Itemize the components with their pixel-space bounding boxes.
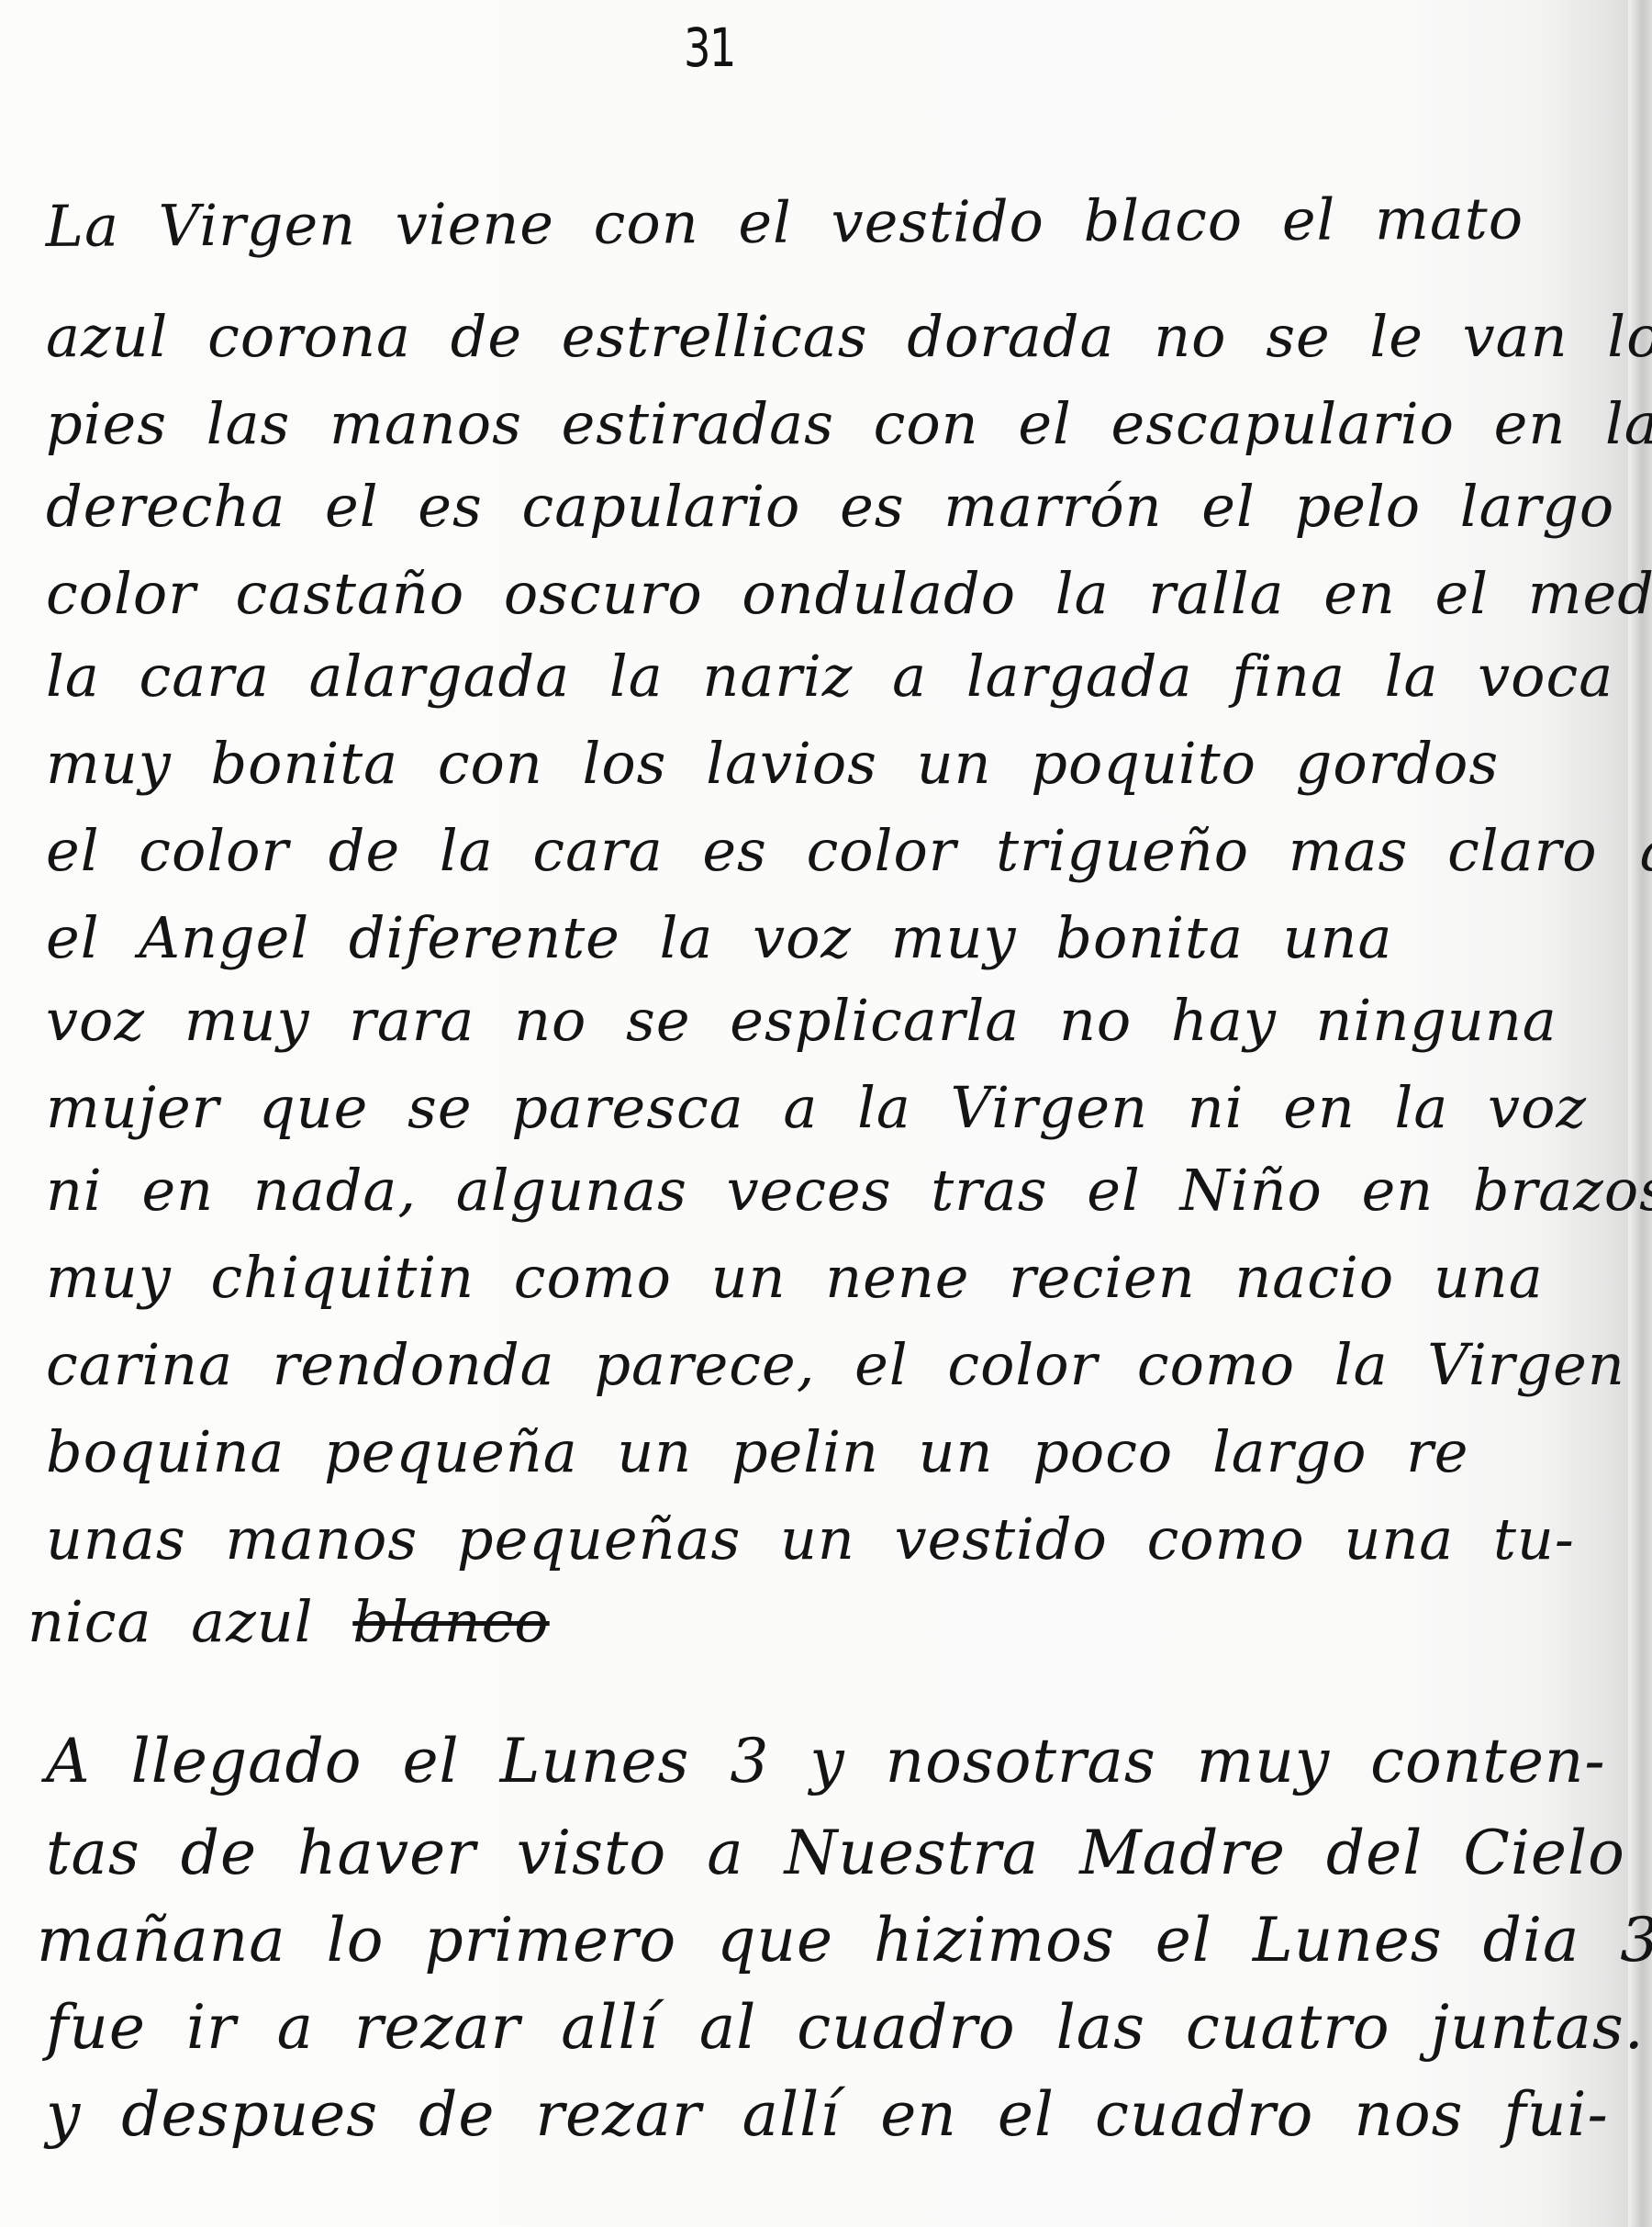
text-line: tas de haver visto a Nuestra Madre del C… — [46, 1818, 1624, 1888]
text-line: derecha el es capulario es marrón el pel… — [46, 473, 1624, 540]
text-line: ni en nada, algunas veces tras el Niño e… — [46, 1157, 1624, 1224]
text-line: unas manos pequeñas un vestido como una … — [46, 1505, 1624, 1572]
text-line: La Virgen viene con el vestido blaco el … — [46, 185, 1624, 260]
text-line: muy bonita con los lavios un poquito gor… — [46, 730, 1624, 797]
text-line: el color de la cara es color trigueño ma… — [46, 817, 1624, 884]
text-line: boquina pequeña un pelin un poco largo r… — [46, 1418, 1624, 1485]
text-line: muy chiquitin como un nene recien nacio … — [46, 1244, 1624, 1311]
line-text: nica azul — [28, 1588, 314, 1655]
text-line: pies las manos estiradas con el escapula… — [46, 390, 1624, 457]
crossed-out-word: blanco — [352, 1588, 549, 1655]
manuscript-page: 31 La Virgen viene con el vestido blaco … — [0, 0, 1652, 2227]
text-line: voz muy rara no se esplicarla no hay nin… — [46, 987, 1624, 1054]
text-line: carina rendonda parece, el color como la… — [46, 1331, 1624, 1398]
text-line: A llegado el Lunes 3 y nosotras muy cont… — [46, 1726, 1624, 1796]
text-line: mañana lo primero que hizimos el Lunes d… — [37, 1905, 1615, 1975]
text-line: mujer que se paresca a la Virgen ni en l… — [46, 1074, 1624, 1141]
page-number: 31 — [684, 17, 735, 79]
text-line: nica azul blanco — [28, 1588, 1606, 1655]
text-line: azul corona de estrellicas dorada no se … — [46, 303, 1624, 370]
text-line: fue ir a rezar allí al cuadro las cuatro… — [46, 1992, 1624, 2063]
text-line: color castaño oscuro ondulado la ralla e… — [46, 560, 1624, 627]
text-line: la cara alargada la nariz a largada fina… — [46, 643, 1624, 710]
text-line: el Angel diferente la voz muy bonita una — [46, 904, 1624, 971]
text-line: y despues de rezar allí en el cuadro nos… — [46, 2079, 1624, 2150]
